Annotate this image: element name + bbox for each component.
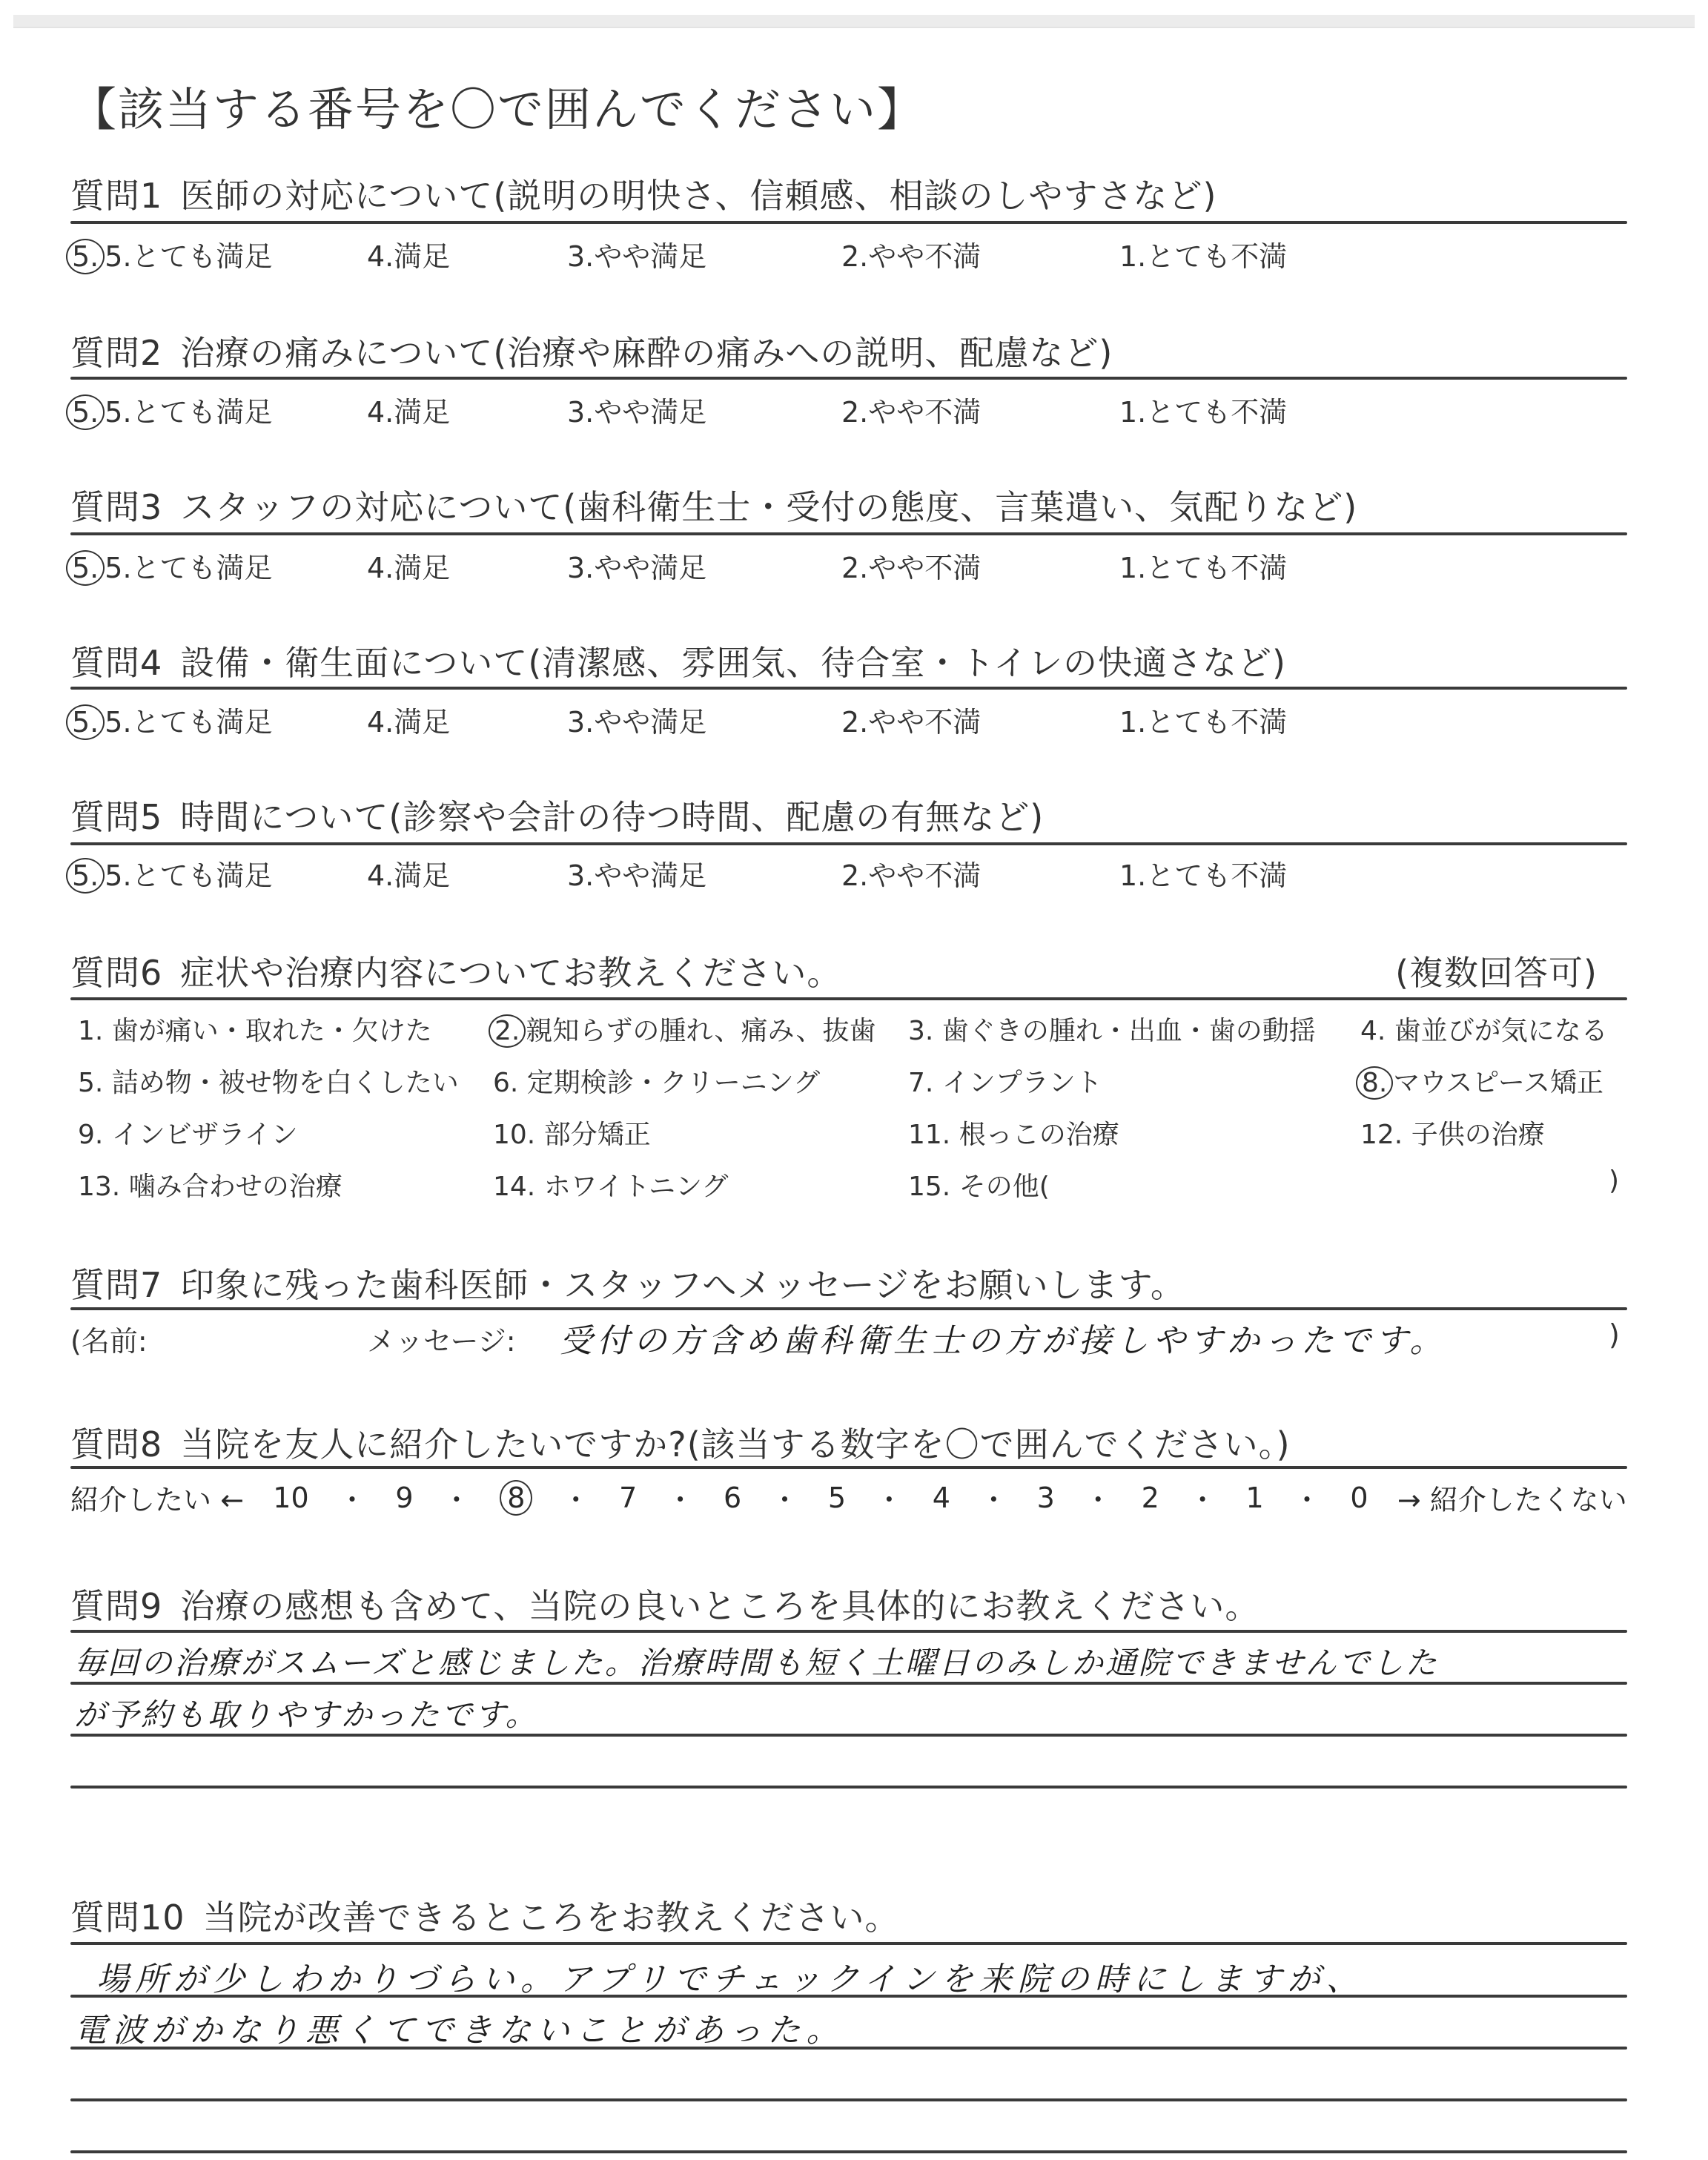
scale-5[interactable]: 5 [828, 1482, 846, 1514]
option-5-selected[interactable]: 5.5.とても満足 [70, 389, 273, 430]
question-2: 質問2治療の痛みについて(治療や麻酔の痛みへの説明、配慮など) [70, 326, 1627, 375]
handwritten-answer-line-1[interactable]: 毎回の治療がスムーズと感じました。治療時間も短く土曜日のみしか通院できませんでし… [74, 1639, 1439, 1683]
option-3[interactable]: 3.やや満足 [567, 545, 706, 586]
question-title: 当院が改善できるところをお教えください。 [203, 1898, 900, 1938]
option-3[interactable]: 3.やや満足 [567, 234, 706, 274]
option-5-selected[interactable]: 5.5.とても満足 [70, 545, 273, 586]
symptom-9[interactable]: 9. インビザライン [78, 1114, 298, 1152]
option-4[interactable]: 4.満足 [367, 853, 450, 894]
handwritten-answer-line-2[interactable]: が予約も取りやすかったです。 [74, 1691, 539, 1735]
option-4[interactable]: 4.満足 [367, 545, 450, 586]
message-label: メッセージ: [367, 1318, 516, 1359]
scale-2[interactable]: 2 [1142, 1482, 1159, 1514]
question-number: 質問6 [70, 953, 162, 993]
form-header: 【該当する番号を〇で囲んでください】 [70, 73, 924, 139]
symptom-3[interactable]: 3. 歯ぐきの腫れ・出血・歯の動揺 [908, 1010, 1316, 1048]
symptom-4[interactable]: 4. 歯並びが気になる [1360, 1010, 1608, 1048]
question-7: 質問7印象に残った歯科医師・スタッフへメッセージをお願いします。 [70, 1258, 1627, 1307]
symptom-13[interactable]: 13. 噛み合わせの治療 [78, 1166, 342, 1203]
option-4[interactable]: 4.満足 [367, 234, 450, 274]
scale-1[interactable]: 1 [1245, 1482, 1263, 1514]
option-1[interactable]: 1.とても不満 [1119, 699, 1287, 740]
option-label: 5.とても満足 [105, 552, 272, 584]
option-1[interactable]: 1.とても不満 [1119, 234, 1287, 274]
option-2[interactable]: 2.やや不満 [841, 545, 981, 586]
question-title: 当院を友人に紹介したいですか?(該当する数字を〇で囲んでください。) [180, 1424, 1290, 1464]
symptom-10[interactable]: 10. 部分矯正 [493, 1114, 651, 1152]
question-title: 設備・衛生面について(清潔感、雰囲気、待合室・トイレの快適さなど) [180, 643, 1286, 683]
question-10: 質問10当院が改善できるところをお教えください。 [70, 1891, 1627, 1940]
question-number: 質問4 [70, 643, 162, 683]
option-3[interactable]: 3.やや満足 [567, 853, 706, 894]
handwritten-message[interactable]: 受付の方含め歯科衛生士の方が接しやすかったです。 [560, 1314, 1446, 1361]
message-row: (名前: メッセージ: 受付の方含め歯科衛生士の方が接しやすかったです。 ) [70, 1318, 1627, 1370]
scale-0[interactable]: 0 [1350, 1482, 1368, 1514]
question-number: 質問10 [70, 1898, 185, 1938]
scale-7[interactable]: 7 [619, 1482, 637, 1514]
symptom-1[interactable]: 1. 歯が痛い・取れた・欠けた [78, 1010, 432, 1048]
symptom-2-selected[interactable]: 2.親知らずの腫れ、痛み、抜歯 [493, 1010, 876, 1048]
name-label: (名前: [70, 1318, 148, 1359]
divider [70, 532, 1627, 535]
question-6: 質問6症状や治療内容についてお教えください。 (複数回答可) [70, 946, 1627, 995]
question-3: 質問3スタッフの対応について(歯科衛生士・受付の態度、言葉遣い、気配りなど) [70, 480, 1627, 529]
symptom-5[interactable]: 5. 詰め物・被せ物を白くしたい [78, 1062, 459, 1100]
question-title: 症状や治療内容についてお教えください。 [180, 953, 841, 993]
option-5-selected[interactable]: 5.5.とても満足 [70, 699, 273, 740]
recommend-scale: 紹介したい ← 10・ 9・ 8・ 7・ 6・ 5・ 4・ 3・ 2・ 1・ 0… [70, 1477, 1627, 1518]
question-number: 質問1 [70, 176, 162, 216]
option-2[interactable]: 2.やや不満 [841, 234, 981, 274]
other-close-paren: ) [1609, 1166, 1619, 1196]
scale-3[interactable]: 3 [1037, 1482, 1055, 1514]
symptom-7[interactable]: 7. インプラント [908, 1062, 1102, 1100]
question-8: 質問8当院を友人に紹介したいですか?(該当する数字を〇で囲んでください。) [70, 1418, 1627, 1467]
question-title: 時間について(診察や会計の待つ時間、配慮の有無など) [180, 797, 1044, 837]
symptom-6[interactable]: 6. 定期検診・クリーニング [493, 1062, 820, 1100]
option-label: 5.とても満足 [105, 240, 272, 273]
answer-line [70, 2150, 1627, 2153]
option-3[interactable]: 3.やや満足 [567, 389, 706, 430]
scale-4[interactable]: 4 [933, 1482, 950, 1514]
option-5-selected[interactable]: 5.5.とても満足 [70, 853, 273, 894]
option-1[interactable]: 1.とても不満 [1119, 853, 1287, 894]
question-1: 質問1医師の対応について(説明の明快さ、信頼感、相談のしやすさなど) [70, 169, 1627, 218]
option-1[interactable]: 1.とても不満 [1119, 389, 1287, 430]
answer-line [70, 1734, 1627, 1737]
symptom-8-selected[interactable]: 8.マウスピース矯正 [1360, 1062, 1603, 1100]
option-3[interactable]: 3.やや満足 [567, 699, 706, 740]
answer-line [70, 1682, 1627, 1685]
divider [70, 687, 1627, 690]
scale-left-label: 紹介したい ← [70, 1477, 244, 1518]
symptom-15-other[interactable]: 15. その他( [908, 1166, 1050, 1203]
divider [70, 221, 1627, 224]
scan-top-edge [13, 15, 1695, 28]
answer-line [70, 1995, 1627, 1998]
question-title: スタッフの対応について(歯科衛生士・受付の態度、言葉遣い、気配りなど) [180, 487, 1357, 527]
message-close-paren: ) [1609, 1318, 1620, 1351]
option-5-selected[interactable]: 5.5.とても満足 [70, 234, 273, 274]
option-2[interactable]: 2.やや不満 [841, 699, 981, 740]
question-title: 医師の対応について(説明の明快さ、信頼感、相談のしやすさなど) [180, 176, 1217, 216]
question-title: 治療の感想も含めて、当院の良いところを具体的にお教えください。 [180, 1586, 1260, 1626]
option-2[interactable]: 2.やや不満 [841, 389, 981, 430]
option-4[interactable]: 4.満足 [367, 699, 450, 740]
question-number: 質問7 [70, 1265, 162, 1305]
symptom-14[interactable]: 14. ホワイトニング [493, 1166, 728, 1203]
handwritten-answer-line-2[interactable]: 電波がかなり悪くてできないことがあった。 [74, 2004, 845, 2051]
answer-line [70, 2098, 1627, 2101]
question-number: 質問2 [70, 333, 162, 373]
question-4: 質問4設備・衛生面について(清潔感、雰囲気、待合室・トイレの快適さなど) [70, 636, 1627, 685]
question-5: 質問5時間について(診察や会計の待つ時間、配慮の有無など) [70, 790, 1627, 839]
divider [70, 1466, 1627, 1469]
question-number: 質問9 [70, 1586, 162, 1626]
multiple-answer-note: (複数回答可) [1395, 946, 1598, 995]
question-title: 治療の痛みについて(治療や麻酔の痛みへの説明、配慮など) [180, 333, 1113, 373]
option-label: 5.とても満足 [105, 706, 272, 739]
symptom-12[interactable]: 12. 子供の治療 [1360, 1114, 1545, 1152]
question-number: 質問3 [70, 487, 162, 527]
option-label: 5.とても満足 [105, 396, 272, 429]
scale-right-label: → 紹介したくない [1397, 1477, 1627, 1518]
handwritten-answer-line-1[interactable]: 場所が少しわかりづらい。アプリでチェックインを来院の時にしますが、 [96, 1952, 1365, 2000]
answer-line [70, 2047, 1627, 2050]
symptom-11[interactable]: 11. 根っこの治療 [908, 1114, 1119, 1152]
answer-line [70, 1786, 1627, 1789]
option-4[interactable]: 4.満足 [367, 389, 450, 430]
question-number: 質問8 [70, 1424, 162, 1464]
divider [70, 377, 1627, 380]
divider [70, 1630, 1627, 1633]
divider [70, 997, 1627, 1000]
option-label: 5.とても満足 [105, 859, 272, 892]
scale-10[interactable]: 10 [273, 1482, 308, 1514]
divider [70, 842, 1627, 845]
option-2[interactable]: 2.やや不満 [841, 853, 981, 894]
scale-9[interactable]: 9 [395, 1482, 413, 1514]
scale-8-selected[interactable]: 8 [500, 1480, 532, 1516]
divider [70, 1942, 1627, 1945]
question-title: 印象に残った歯科医師・スタッフへメッセージをお願いします。 [180, 1265, 1185, 1305]
divider [70, 1307, 1627, 1310]
scale-6[interactable]: 6 [724, 1482, 741, 1514]
question-number: 質問5 [70, 797, 162, 837]
question-9: 質問9治療の感想も含めて、当院の良いところを具体的にお教えください。 [70, 1579, 1627, 1628]
option-1[interactable]: 1.とても不満 [1119, 545, 1287, 586]
